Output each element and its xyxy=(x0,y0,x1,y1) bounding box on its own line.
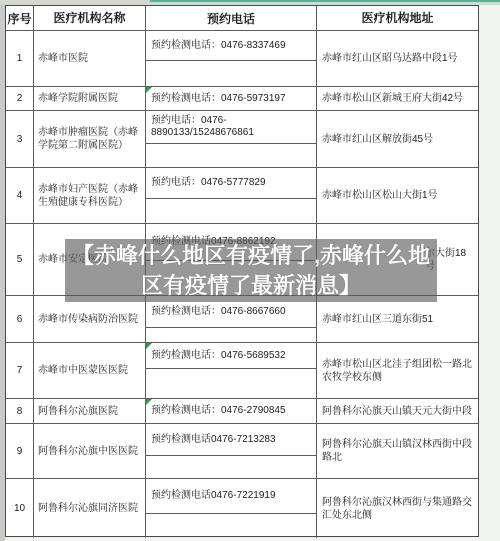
phone-empty-area xyxy=(146,144,316,167)
row-number: 3 xyxy=(17,134,23,145)
watermark-overlay: 【赤峰什么地区有疫情了,赤峰什么地区有疫情了最新消息】 xyxy=(65,239,437,302)
hospital-address: 阿鲁科尔沁旗天山镇天元大街中段 xyxy=(322,405,472,418)
row-number: 7 xyxy=(17,365,23,376)
hospital-name-cell: 赤峰市妇产医院（赤峰生殖健康专科医院） xyxy=(34,168,146,223)
row-number: 10 xyxy=(14,503,25,514)
phone-text: 预约检测电话：0476-8667660 xyxy=(151,306,286,318)
row-number-cell: 3 xyxy=(6,111,34,167)
row-number-cell: 5 xyxy=(6,224,34,295)
hospital-name-cell: 赤峰市肿瘤医院（赤峰学院第二附属医院） xyxy=(34,111,146,167)
table-row: 1 赤峰市医院 预约检测电话：0476-8337469 赤峰市红山区昭乌达路中段… xyxy=(6,31,478,87)
hospital-name-cell: 赤峰市传染病防治医院 xyxy=(34,296,146,342)
phone-text: 预约电话：0476-5777829 xyxy=(151,177,266,189)
hospital-address: 赤峰市松山区松山大街1号 xyxy=(322,189,438,202)
phone-cell: 预约电话：0476-5777829 xyxy=(146,168,317,223)
green-triangle-icon xyxy=(146,399,152,405)
phone-cell: 预约检测电话：0476-5973197 xyxy=(146,87,317,110)
address-cell: 赤峰市松山区北洼子组团松一路北 农牧学校东侧 xyxy=(317,343,478,398)
phone-text-area: 预约检测电话0476-7213283 xyxy=(146,424,316,456)
address-cell: 阿鲁科尔沁旗天山镇天元大街中段 xyxy=(317,399,478,423)
hospital-name-cell: 赤峰市中医蒙医医院 xyxy=(34,343,146,398)
top-accent-line xyxy=(150,0,500,2)
row-number: 5 xyxy=(17,254,23,265)
row-number: 4 xyxy=(17,190,23,201)
row-number-cell: 6 xyxy=(6,296,34,342)
hospital-name: 赤峰市中医蒙医医院 xyxy=(38,364,128,377)
row-number: 1 xyxy=(17,53,23,64)
hospital-name: 阿鲁科尔沁旗医院 xyxy=(38,405,118,418)
hospital-name: 赤峰市医院 xyxy=(38,52,88,65)
phone-text-area: 预约电话：0476- 8890133/15248676861 xyxy=(146,111,316,144)
row-number-cell: 1 xyxy=(6,31,34,86)
hospital-name-cell: 赤峰市医院 xyxy=(34,31,146,86)
row-number: 8 xyxy=(17,406,23,417)
header-row: 序号 医疗机构名称 预约电话 医疗机构地址 xyxy=(6,6,478,31)
table-row: 8 阿鲁科尔沁旗医院 预约检测电话：0476-2790845 阿鲁科尔沁旗天山镇… xyxy=(6,399,478,424)
phone-cell: 预约检测电话：0476-8667660 xyxy=(146,296,317,342)
row-number-cell: 10 xyxy=(6,479,34,538)
phone-text-area: 预约检测电话：0476-2790845 xyxy=(146,399,316,423)
hospital-name-cell: 阿鲁科尔沁旗中医医院 xyxy=(34,424,146,478)
phone-empty-area xyxy=(146,328,316,342)
phone-cell: 预约电话：0476- 8890133/15248676861 xyxy=(146,111,317,167)
address-cell: 赤峰市红山区三道东街51 xyxy=(317,296,478,342)
table-row: 9 阿鲁科尔沁旗中医医院 预约检测电话0476-7213283 阿鲁科尔沁旗天山… xyxy=(6,424,478,479)
row-number: 2 xyxy=(17,93,23,104)
phone-empty-area xyxy=(146,456,316,478)
phone-empty-area xyxy=(146,199,316,223)
phone-text: 预约检测电话：0476-5689532 xyxy=(151,350,286,362)
row-number-cell: 4 xyxy=(6,168,34,223)
hospital-address: 赤峰市松山区新城王府大街42号 xyxy=(322,92,463,105)
phone-text: 预约检测电话：0476-8337469 xyxy=(151,40,286,52)
phone-text-area: 预约检测电话0476-7221919 xyxy=(146,479,316,514)
column-header-number: 序号 xyxy=(6,6,34,30)
column-header-name: 医疗机构名称 xyxy=(34,6,146,30)
row-number-cell: 9 xyxy=(6,424,34,478)
address-cell: 阿鲁科尔沁旗天山镇汉林西街中段路北 xyxy=(317,424,478,478)
column-header-phone: 预约电话 xyxy=(146,6,317,30)
hospital-name: 赤峰学院附属医院 xyxy=(38,92,118,105)
phone-cell: 预约检测电话：0476-8337469 xyxy=(146,31,317,86)
phone-cell: 预约检测电话0476-7221919 xyxy=(146,479,317,538)
hospital-address: 赤峰市红山区三道东街51 xyxy=(322,313,433,326)
address-cell: 赤峰市红山区解放街45号 xyxy=(317,111,478,167)
green-triangle-icon xyxy=(146,87,152,93)
table-row: 4 赤峰市妇产医院（赤峰生殖健康专科医院） 预约电话：0476-5777829 … xyxy=(6,168,478,224)
hospital-name: 阿鲁科尔沁旗中医医院 xyxy=(38,445,138,458)
phone-text: 预约检测电话：0476-5973197 xyxy=(151,93,286,105)
hospital-name-cell: 阿鲁科尔沁旗医院 xyxy=(34,399,146,423)
hospital-address: 阿鲁科尔沁旗汉林西街与集通路交汇处东北侧 xyxy=(322,496,473,522)
screenshot-page: 序号 医疗机构名称 预约电话 医疗机构地址 1 赤峰市医院 预约检测电话：047… xyxy=(0,0,500,541)
table-row: 3 赤峰市肿瘤医院（赤峰学院第二附属医院） 预约电话：0476- 8890133… xyxy=(6,111,478,168)
table-row: 6 赤峰市传染病防治医院 预约检测电话：0476-8667660 赤峰市红山区三… xyxy=(6,296,478,343)
phone-cell: 预约检测电话：0476-5689532 xyxy=(146,343,317,398)
phone-text-area: 预约检测电话：0476-5973197 xyxy=(146,87,316,110)
phone-empty-area xyxy=(146,514,316,538)
phone-text: 预约检测电话0476-7221919 xyxy=(151,490,276,502)
table-row: 2 赤峰学院附属医院 预约检测电话：0476-5973197 赤峰市松山区新城王… xyxy=(6,87,478,111)
hospital-address: 赤峰市红山区昭乌达路中段1号 xyxy=(322,52,458,65)
hospital-name: 阿鲁科尔沁旗同济医院 xyxy=(38,502,138,515)
watermark-text: 【赤峰什么地区有疫情了,赤峰什么地区有疫情了最新消息】 xyxy=(65,241,437,301)
row-number-cell: 8 xyxy=(6,399,34,423)
phone-cell: 预约检测电话0476-7213283 xyxy=(146,424,317,478)
hospital-address: 赤峰市红山区解放街45号 xyxy=(322,133,433,146)
phone-cell: 预约检测电话：0476-2790845 xyxy=(146,399,317,423)
row-number-cell: 2 xyxy=(6,87,34,110)
address-cell: 赤峰市红山区昭乌达路中段1号 xyxy=(317,31,478,86)
address-cell: 赤峰市松山区松山大街1号 xyxy=(317,168,478,223)
phone-empty-area xyxy=(146,369,316,398)
row-number: 6 xyxy=(17,314,23,325)
table-row: 10 阿鲁科尔沁旗同济医院 预约检测电话0476-7221919 阿鲁科尔沁旗汉… xyxy=(6,479,478,538)
phone-text-area: 预约电话：0476-5777829 xyxy=(146,168,316,199)
phone-text: 预约电话：0476- 8890133/15248676861 xyxy=(151,115,254,139)
address-cell: 阿鲁科尔沁旗汉林西街与集通路交汇处东北侧 xyxy=(317,479,478,538)
address-cell: 赤峰市松山区新城王府大街42号 xyxy=(317,87,478,110)
hospital-name: 赤峰市肿瘤医院（赤峰学院第二附属医院） xyxy=(38,126,141,152)
phone-text-area: 预约检测电话：0476-8337469 xyxy=(146,31,316,61)
hospital-name-cell: 阿鲁科尔沁旗同济医院 xyxy=(34,479,146,538)
phone-text-area: 预约检测电话：0476-5689532 xyxy=(146,343,316,369)
row-number-cell: 7 xyxy=(6,343,34,398)
table-row: 7 赤峰市中医蒙医医院 预约检测电话：0476-5689532 赤峰市松山区北洼… xyxy=(6,343,478,399)
hospital-name: 赤峰市妇产医院（赤峰生殖健康专科医院） xyxy=(38,183,141,209)
hospital-address: 赤峰市松山区北洼子组团松一路北 农牧学校东侧 xyxy=(322,358,473,384)
phone-text: 预约检测电话：0476-2790845 xyxy=(151,405,286,417)
hospital-address: 阿鲁科尔沁旗天山镇汉林西街中段路北 xyxy=(322,438,473,464)
row-number: 9 xyxy=(17,446,23,457)
column-header-address: 医疗机构地址 xyxy=(317,6,478,30)
phone-text: 预约检测电话0476-7213283 xyxy=(151,434,276,446)
hospital-name-cell: 赤峰学院附属医院 xyxy=(34,87,146,110)
phone-empty-area xyxy=(146,61,316,86)
hospital-name: 赤峰市传染病防治医院 xyxy=(38,313,138,326)
green-triangle-icon xyxy=(146,343,152,349)
